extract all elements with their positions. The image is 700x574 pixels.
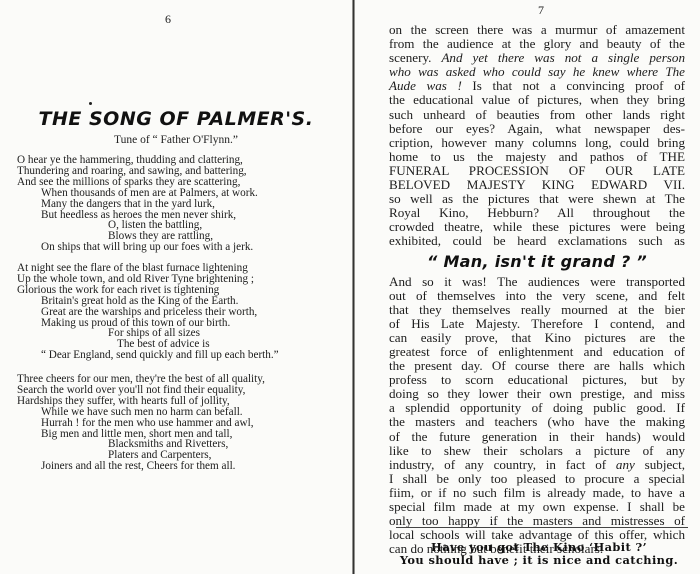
song-tune: Tune of “ Father O'Flynn.” <box>0 134 352 146</box>
text-line: cription, however many columns long, cou… <box>389 136 685 150</box>
verse-line: Hurrah ! for the men who use hammer and … <box>41 418 254 429</box>
verse-line: On ships that will bring up our foes wit… <box>41 242 253 253</box>
page-gutter <box>352 0 355 574</box>
text-line: from the audience at the glory and beaut… <box>389 37 685 51</box>
text-line: of His Late Majesty. Therefore I contend… <box>389 317 685 331</box>
text-line: special film made at my own expense. I s… <box>389 500 685 514</box>
text-line: Royal Kino, Hebburn? All throughout the <box>389 206 685 220</box>
text-line: the educational value of pictures, when … <box>389 93 685 107</box>
page-number-right: 7 <box>538 3 544 18</box>
text-line: And so it was! The audiences were transp… <box>389 275 685 289</box>
text-line: scenery. And yet there was not a single … <box>389 51 685 65</box>
text-line: BELOVED MAJESTY KING EDWARD VII. <box>389 178 685 192</box>
text-line: the present day. Of course there are hal… <box>389 359 685 373</box>
text-line: out of themselves into the very scene, a… <box>389 289 685 303</box>
italic-text: And yet there was not a single person <box>441 50 685 65</box>
article-body: on the screen there was a murmur of amaz… <box>389 23 685 556</box>
text-line: the masters and teachers (who have the m… <box>389 415 685 429</box>
text-line: of the future generation in their hands)… <box>389 430 685 444</box>
text-line: a splendid opportunity of doing public g… <box>389 401 685 415</box>
verse-line: Great are the warships and priceless the… <box>41 307 257 318</box>
text-line: who was asked who could say he knew wher… <box>389 65 685 79</box>
verse-line: Joiners and all the rest, Cheers for the… <box>41 461 235 472</box>
text-line: exhibited, could be heard exclamations s… <box>389 234 685 248</box>
text-line: can easily prove, that Kino pictures are… <box>389 331 685 345</box>
text-line: doing so they lower their own prestige, … <box>389 387 685 401</box>
verse-line: “ Dear England, send quickly and fill up… <box>41 350 279 361</box>
text-line: such unheard of beauties from other land… <box>389 108 685 122</box>
book-spread: 6 THE SONG OF PALMER'S. Tune of “ Father… <box>0 0 700 574</box>
text-line: before our eyes? Again, what newspaper d… <box>389 122 685 136</box>
horizontal-rule <box>396 527 688 528</box>
text-line: industry, of any country, in fact of any… <box>389 458 685 472</box>
italic-text: any <box>616 457 635 472</box>
verse-line: Many the dangers that in the yard lurk, <box>41 199 215 210</box>
text-line: profess to scorn educational pictures, b… <box>389 373 685 387</box>
page-number-left: 6 <box>165 12 171 27</box>
song-title: THE SONG OF PALMER'S. <box>0 108 352 130</box>
text-line: on the screen there was a murmur of amaz… <box>389 23 685 37</box>
text-line: crowded theatre, while these pictures we… <box>389 220 685 234</box>
text-line: that they themselves really mourned at t… <box>389 303 685 317</box>
right-page: 7 on the screen there was a murmur of am… <box>356 0 700 574</box>
left-page: 6 THE SONG OF PALMER'S. Tune of “ Father… <box>0 0 352 574</box>
italic-text: Aude was ! <box>389 78 472 93</box>
text-line: greatest force of enlightenment and educ… <box>389 345 685 359</box>
text-line: so well as the pictures that were shewn … <box>389 192 685 206</box>
advert-line-1: Have you got The Kino ‘Habit ?’ <box>389 540 689 554</box>
text-line: home to us the majesty and pathos of THE <box>389 150 685 164</box>
text-line: FUNERAL PROCESSION OF OUR LATE <box>389 164 685 178</box>
text-line: Aude was ! Is that not a convincing proo… <box>389 79 685 93</box>
advert-line-2: You should have ; it is nice and catchin… <box>389 553 689 567</box>
exclamation-quote: “ Man, isn't it grand ? ” <box>389 249 685 275</box>
ink-speck <box>89 102 92 105</box>
text-line: like to shew their scholars a picture of… <box>389 444 685 458</box>
text-line: I shall be only too pleased to procure a… <box>389 472 685 486</box>
text-line: fiim, or if no such film is already made… <box>389 486 685 500</box>
